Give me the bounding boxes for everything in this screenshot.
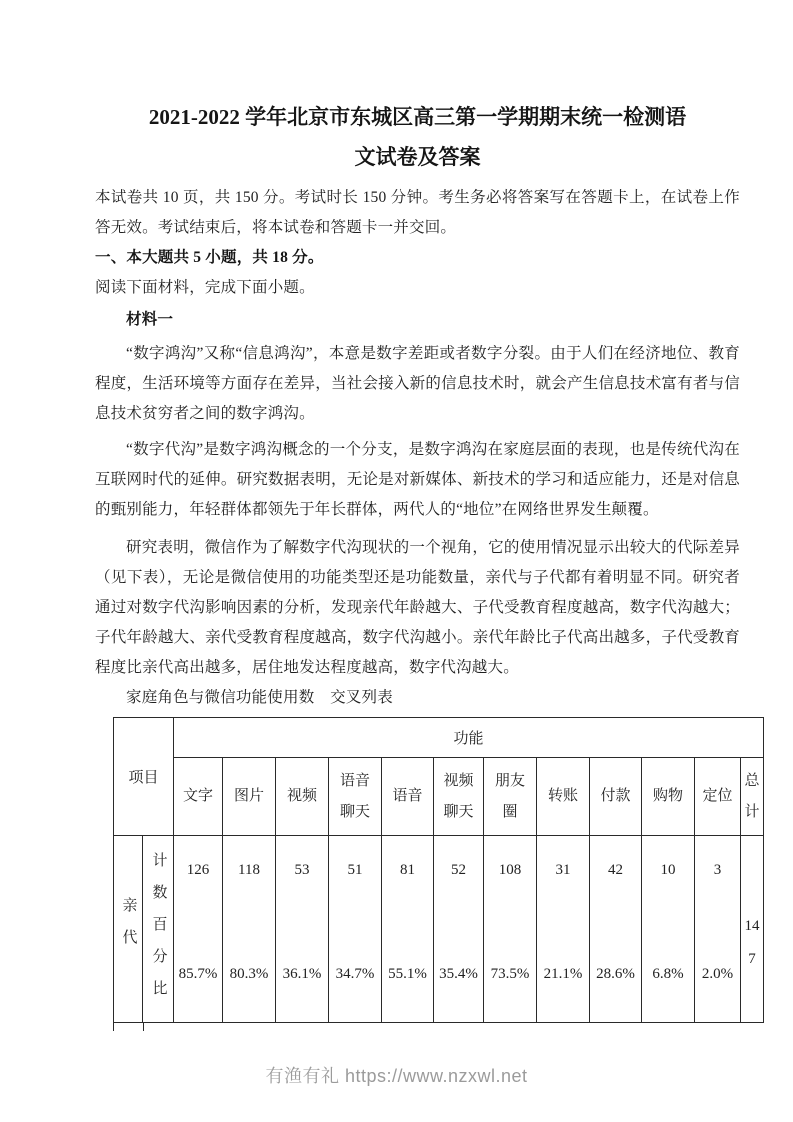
paragraph-wechat-research: 研究表明，微信作为了解数字代沟现状的一个视角，它的使用情况显示出较大的代际差异（… [95, 533, 740, 683]
data-cell-picture: 11880.3% [223, 836, 276, 1023]
section-heading: 一、本大题共 5 小题，共 18 分。 [95, 243, 740, 273]
page-content: 2021-2022 学年北京市东城区高三第一学期期末统一检测语 文试卷及答案 本… [95, 0, 740, 1023]
header-col-video: 视频 [276, 758, 329, 836]
data-cell-shopping: 106.8% [642, 836, 695, 1023]
material-label: 材料一 [95, 305, 740, 335]
cutoff-table-line [143, 1023, 144, 1031]
data-cell-total: 147 [741, 836, 764, 1023]
header-col-picture: 图片 [223, 758, 276, 836]
page-title: 2021-2022 学年北京市东城区高三第一学期期末统一检测语 文试卷及答案 [95, 97, 740, 177]
row-group-parents: 亲代 [114, 836, 143, 1023]
cutoff-table-line [113, 1023, 114, 1031]
header-col-video-chat: 视频聊天 [434, 758, 484, 836]
header-col-total: 总计 [741, 758, 764, 836]
header-col-moments: 朋友圈 [484, 758, 537, 836]
header-item: 项目 [114, 718, 174, 836]
header-col-shopping: 购物 [642, 758, 695, 836]
crosstab-table: 项目 功能 文字 图片 视频 语音聊天 语音 视频聊天 朋友圈 转账 付款 购物… [113, 717, 765, 1023]
paragraph-digital-generation-gap: “数字代沟”是数字鸿沟概念的一个分支，是数字鸿沟在家庭层面的表现，也是传统代沟在… [95, 435, 740, 525]
paragraph-digital-divide: “数字鸿沟”又称“信息鸿沟”，本意是数字差距或者数字分裂。由于人们在经济地位、教… [95, 339, 740, 429]
data-cell-voice: 8155.1% [382, 836, 434, 1023]
wechat-usage-table: 项目 功能 文字 图片 视频 语音聊天 语音 视频聊天 朋友圈 转账 付款 购物… [113, 717, 764, 1023]
reading-instruction: 阅读下面材料，完成下面小题。 [95, 273, 740, 303]
data-cell-payment: 4228.6% [590, 836, 642, 1023]
table-caption: 家庭角色与微信功能使用数 交叉列表 [95, 683, 740, 713]
percent-label: 百分比 [151, 916, 166, 1012]
header-col-voice: 语音 [382, 758, 434, 836]
data-cell-voice-chat: 5134.7% [329, 836, 382, 1023]
data-cell-location: 32.0% [695, 836, 741, 1023]
header-col-voice-chat: 语音聊天 [329, 758, 382, 836]
data-cell-transfer: 3121.1% [537, 836, 590, 1023]
title-line-2: 文试卷及答案 [95, 137, 740, 177]
header-col-payment: 付款 [590, 758, 642, 836]
header-function-group: 功能 [174, 718, 764, 758]
data-cell-moments: 10873.5% [484, 836, 537, 1023]
header-col-text: 文字 [174, 758, 223, 836]
count-label: 计数 [151, 852, 166, 916]
header-col-location: 定位 [695, 758, 741, 836]
exam-instructions: 本试卷共 10 页，共 150 分。考试时长 150 分钟。考生务必将答案写在答… [95, 183, 740, 243]
title-line-1: 2021-2022 学年北京市东城区高三第一学期期末统一检测语 [95, 97, 740, 137]
header-col-transfer: 转账 [537, 758, 590, 836]
row-measure-labels: 计数 百分比 [143, 836, 174, 1023]
data-cell-video: 5336.1% [276, 836, 329, 1023]
watermark: 有渔有礼 https://www.nzxwl.net [0, 1062, 793, 1088]
data-cell-text: 12685.7% [174, 836, 223, 1023]
data-cell-video-chat: 5235.4% [434, 836, 484, 1023]
document-page: 2021-2022 学年北京市东城区高三第一学期期末统一检测语 文试卷及答案 本… [0, 0, 793, 1122]
